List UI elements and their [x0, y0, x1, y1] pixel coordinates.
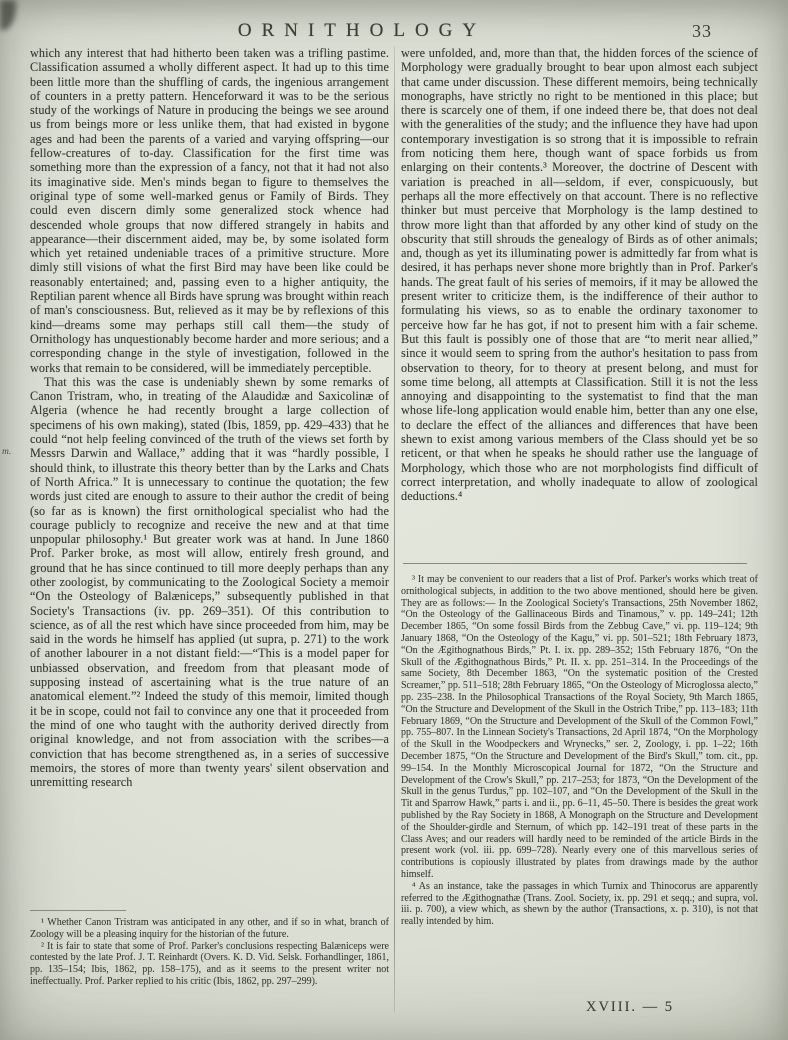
scanned-book-page: ORNITHOLOGY 33 m. which any interest tha… — [0, 0, 788, 1040]
footnote-2: ² It is fair to state that some of Prof.… — [30, 941, 389, 988]
right-footnote-separator-rule — [403, 563, 747, 564]
footnote-3: ³ It may be convenient to our readers th… — [401, 574, 758, 881]
left-column-body: which any interest that had hitherto bee… — [30, 46, 389, 789]
signature-mark: XVIII. — 5 — [500, 999, 760, 1016]
footnote-4: ⁴ As an instance, take the passages in w… — [401, 881, 758, 928]
column-divider-rule — [394, 46, 395, 1012]
paragraph: That this was the case is undeniably she… — [30, 375, 389, 790]
footnote-1: ¹ Whether Canon Tristram was anticipated… — [30, 917, 389, 941]
margin-print-artifact: m. — [2, 447, 11, 457]
right-column-body: were unfolded, and, more than that, the … — [401, 46, 758, 504]
paragraph: which any interest that had hitherto bee… — [30, 46, 389, 375]
running-head-title: ORNITHOLOGY — [0, 20, 724, 42]
paragraph: were unfolded, and, more than that, the … — [401, 46, 758, 504]
left-column-footnotes: ¹ Whether Canon Tristram was anticipated… — [30, 917, 389, 988]
right-column-footnotes: ³ It may be convenient to our readers th… — [401, 574, 758, 928]
left-footnote-separator-rule — [30, 910, 126, 911]
page-number: 33 — [692, 21, 712, 42]
